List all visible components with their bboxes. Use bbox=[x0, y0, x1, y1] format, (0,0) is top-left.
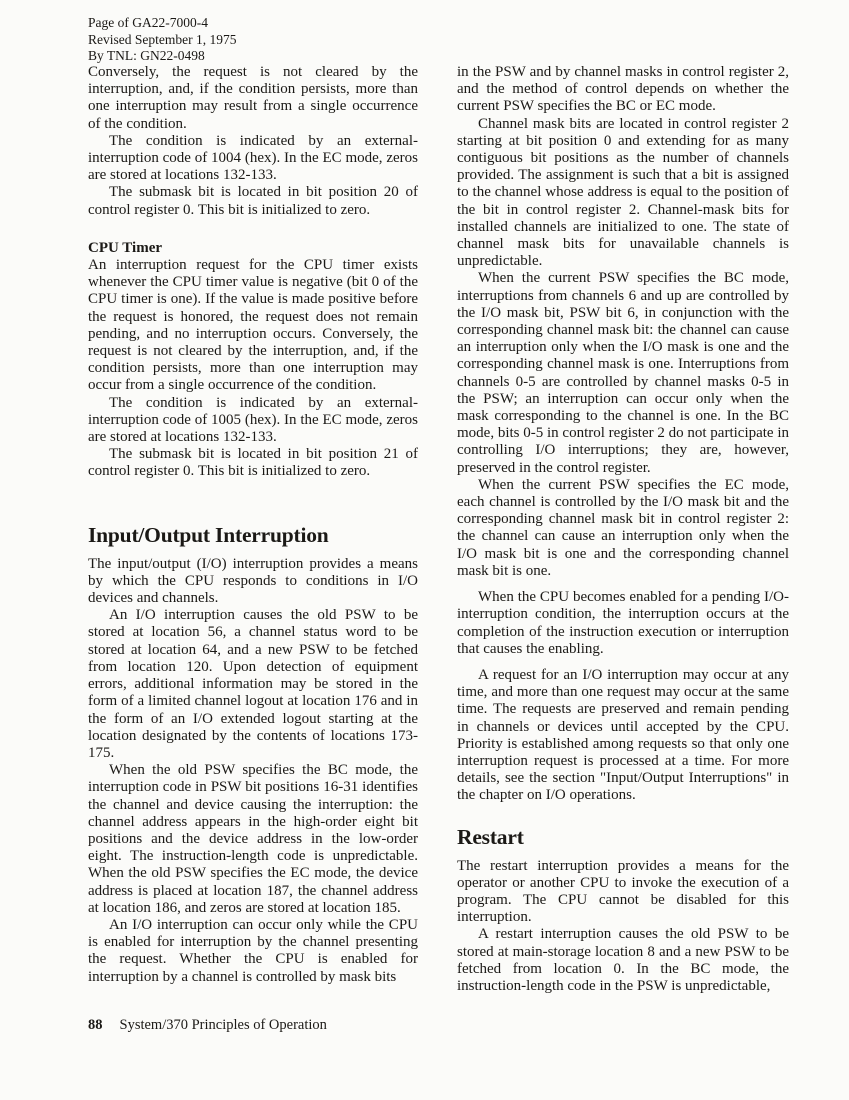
section-heading: Input/Output Interruption bbox=[88, 523, 418, 548]
paragraph: An interruption request for the CPU time… bbox=[88, 257, 418, 395]
paragraph: The condition is indicated by an externa… bbox=[88, 395, 418, 447]
section-heading: Restart bbox=[457, 825, 789, 850]
right-column: in the PSW and by channel masks in contr… bbox=[457, 64, 789, 995]
paragraph: The submask bit is located in bit positi… bbox=[88, 446, 418, 480]
paragraph: When the old PSW specifies the BC mode, … bbox=[88, 762, 418, 917]
paragraph: When the current PSW specifies the EC mo… bbox=[457, 477, 789, 580]
subsection-heading: CPU Timer bbox=[88, 240, 418, 257]
document-page: Page of GA22-7000-4 Revised September 1,… bbox=[0, 0, 849, 1100]
paragraph: A request for an I/O interruption may oc… bbox=[457, 667, 789, 805]
page-number: 88 bbox=[88, 1017, 103, 1033]
paragraph: The condition is indicated by an externa… bbox=[88, 133, 418, 185]
paragraph: in the PSW and by channel masks in contr… bbox=[457, 64, 789, 116]
paragraph: The submask bit is located in bit positi… bbox=[88, 184, 418, 218]
header-line-revision: Revised September 1, 1975 bbox=[88, 32, 236, 49]
paragraph: An I/O interruption causes the old PSW t… bbox=[88, 607, 418, 762]
page-header: Page of GA22-7000-4 Revised September 1,… bbox=[88, 15, 236, 65]
page-footer: 88System/370 Principles of Operation bbox=[88, 1017, 327, 1034]
paragraph: Channel mask bits are located in control… bbox=[457, 116, 789, 271]
paragraph: When the current PSW specifies the BC mo… bbox=[457, 270, 789, 476]
header-line-doc-number: Page of GA22-7000-4 bbox=[88, 15, 236, 32]
footer-title: System/370 Principles of Operation bbox=[120, 1017, 327, 1033]
paragraph: The restart interruption provides a mean… bbox=[457, 858, 789, 927]
paragraph: When the CPU becomes enabled for a pendi… bbox=[457, 589, 789, 658]
left-column: Conversely, the request is not cleared b… bbox=[88, 64, 418, 986]
paragraph: An I/O interruption can occur only while… bbox=[88, 917, 418, 986]
paragraph: Conversely, the request is not cleared b… bbox=[88, 64, 418, 133]
paragraph: The input/output (I/O) interruption prov… bbox=[88, 556, 418, 608]
paragraph: A restart interruption causes the old PS… bbox=[457, 926, 789, 995]
header-line-tnl: By TNL: GN22-0498 bbox=[88, 48, 236, 65]
